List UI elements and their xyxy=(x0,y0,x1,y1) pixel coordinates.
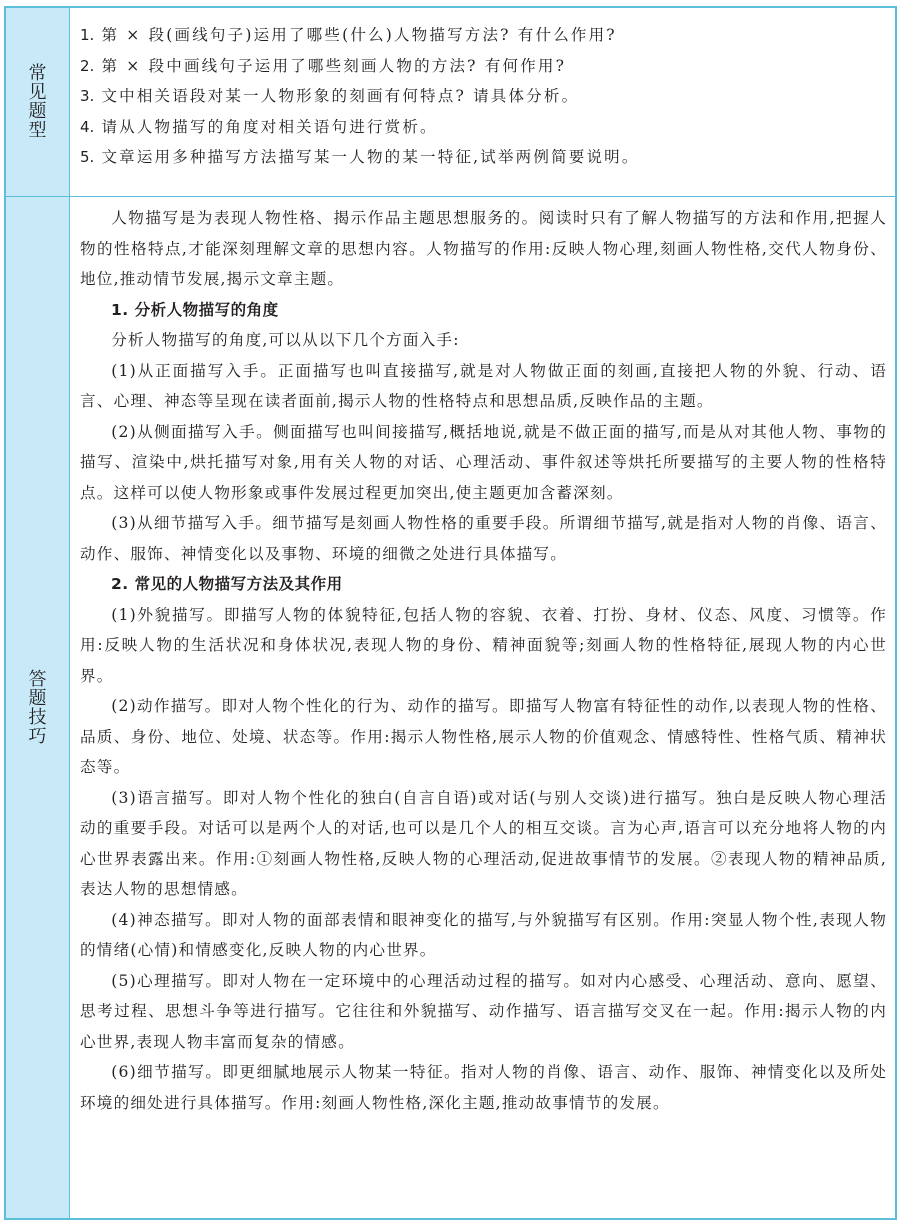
intro-paragraph: 人物描写是为表现人物性格、揭示作品主题思想服务的。阅读时只有了解人物描写的方法和… xyxy=(80,197,887,295)
row-label-answer-techniques: 答题技巧 xyxy=(28,670,48,746)
paragraph: 分析人物描写的角度,可以从以下几个方面入手: xyxy=(80,325,887,356)
question-number: 5. xyxy=(80,148,94,166)
paragraph: (3)从细节描写入手。细节描写是刻画人物性格的重要手段。所谓细节描写,就是指对人… xyxy=(80,508,887,569)
question-number: 2. xyxy=(80,57,94,75)
row-label-cell: 答题技巧 xyxy=(6,197,70,1218)
question-number: 1. xyxy=(80,26,94,44)
paragraph: (2)动作描写。即对人物个性化的行为、动作的描写。即描写人物富有特征性的动作,以… xyxy=(80,691,887,783)
question-item: 5. 文章运用多种描写方法描写某一人物的某一特征,试举两例简要说明。 xyxy=(80,142,887,173)
question-text: 请从人物描写的角度对相关语句进行赏析。 xyxy=(94,118,437,136)
paragraph: (4)神态描写。即对人物的面部表情和眼神变化的描写,与外貌描写有区别。作用:突显… xyxy=(80,905,887,966)
paragraph: (1)从正面描写入手。正面描写也叫直接描写,就是对人物做正面的刻画,直接把人物的… xyxy=(80,356,887,417)
question-types-content: 1. 第 × 段(画线句子)运用了哪些(什么)人物描写方法? 有什么作用? 2.… xyxy=(70,8,895,196)
row-label-cell: 常见题型 xyxy=(6,8,70,196)
paragraph: (1)外貌描写。即描写人物的体貌特征,包括人物的容貌、衣着、打扮、身材、仪态、风… xyxy=(80,600,887,692)
reading-guide-table: 常见题型 1. 第 × 段(画线句子)运用了哪些(什么)人物描写方法? 有什么作… xyxy=(4,6,897,1220)
paragraph: (6)细节描写。即更细腻地展示人物某一特征。指对人物的肖像、语言、动作、服饰、神… xyxy=(80,1057,887,1118)
section-heading-description-methods: 2. 常见的人物描写方法及其作用 xyxy=(80,569,887,600)
section-heading-analysis-angles: 1. 分析人物描写的角度 xyxy=(80,295,887,326)
question-text: 第 × 段(画线句子)运用了哪些(什么)人物描写方法? 有什么作用? xyxy=(94,26,617,44)
question-number: 3. xyxy=(80,87,94,105)
paragraph: (2)从侧面描写入手。侧面描写也叫间接描写,概括地说,就是不做正面的描写,而是从… xyxy=(80,417,887,509)
paragraph: (5)心理描写。即对人物在一定环境中的心理活动过程的描写。如对内心感受、心理活动… xyxy=(80,966,887,1058)
question-item: 4. 请从人物描写的角度对相关语句进行赏析。 xyxy=(80,112,887,143)
question-text: 第 × 段中画线句子运用了哪些刻画人物的方法? 有何作用? xyxy=(94,57,566,75)
question-text: 文中相关语段对某一人物形象的刻画有何特点? 请具体分析。 xyxy=(94,87,579,105)
question-item: 2. 第 × 段中画线句子运用了哪些刻画人物的方法? 有何作用? xyxy=(80,51,887,82)
question-item: 1. 第 × 段(画线句子)运用了哪些(什么)人物描写方法? 有什么作用? xyxy=(80,20,887,51)
question-text: 文章运用多种描写方法描写某一人物的某一特征,试举两例简要说明。 xyxy=(94,148,639,166)
question-list: 1. 第 × 段(画线句子)运用了哪些(什么)人物描写方法? 有什么作用? 2.… xyxy=(80,8,887,173)
question-number: 4. xyxy=(80,118,94,136)
answer-techniques-content: 人物描写是为表现人物性格、揭示作品主题思想服务的。阅读时只有了解人物描写的方法和… xyxy=(70,197,895,1218)
answer-techniques-row: 答题技巧 人物描写是为表现人物性格、揭示作品主题思想服务的。阅读时只有了解人物描… xyxy=(6,197,895,1218)
row-label-common-question-types: 常见题型 xyxy=(28,64,48,140)
common-question-types-row: 常见题型 1. 第 × 段(画线句子)运用了哪些(什么)人物描写方法? 有什么作… xyxy=(6,8,895,197)
question-item: 3. 文中相关语段对某一人物形象的刻画有何特点? 请具体分析。 xyxy=(80,81,887,112)
paragraph: (3)语言描写。即对人物个性化的独白(自言自语)或对话(与别人交谈)进行描写。独… xyxy=(80,783,887,905)
